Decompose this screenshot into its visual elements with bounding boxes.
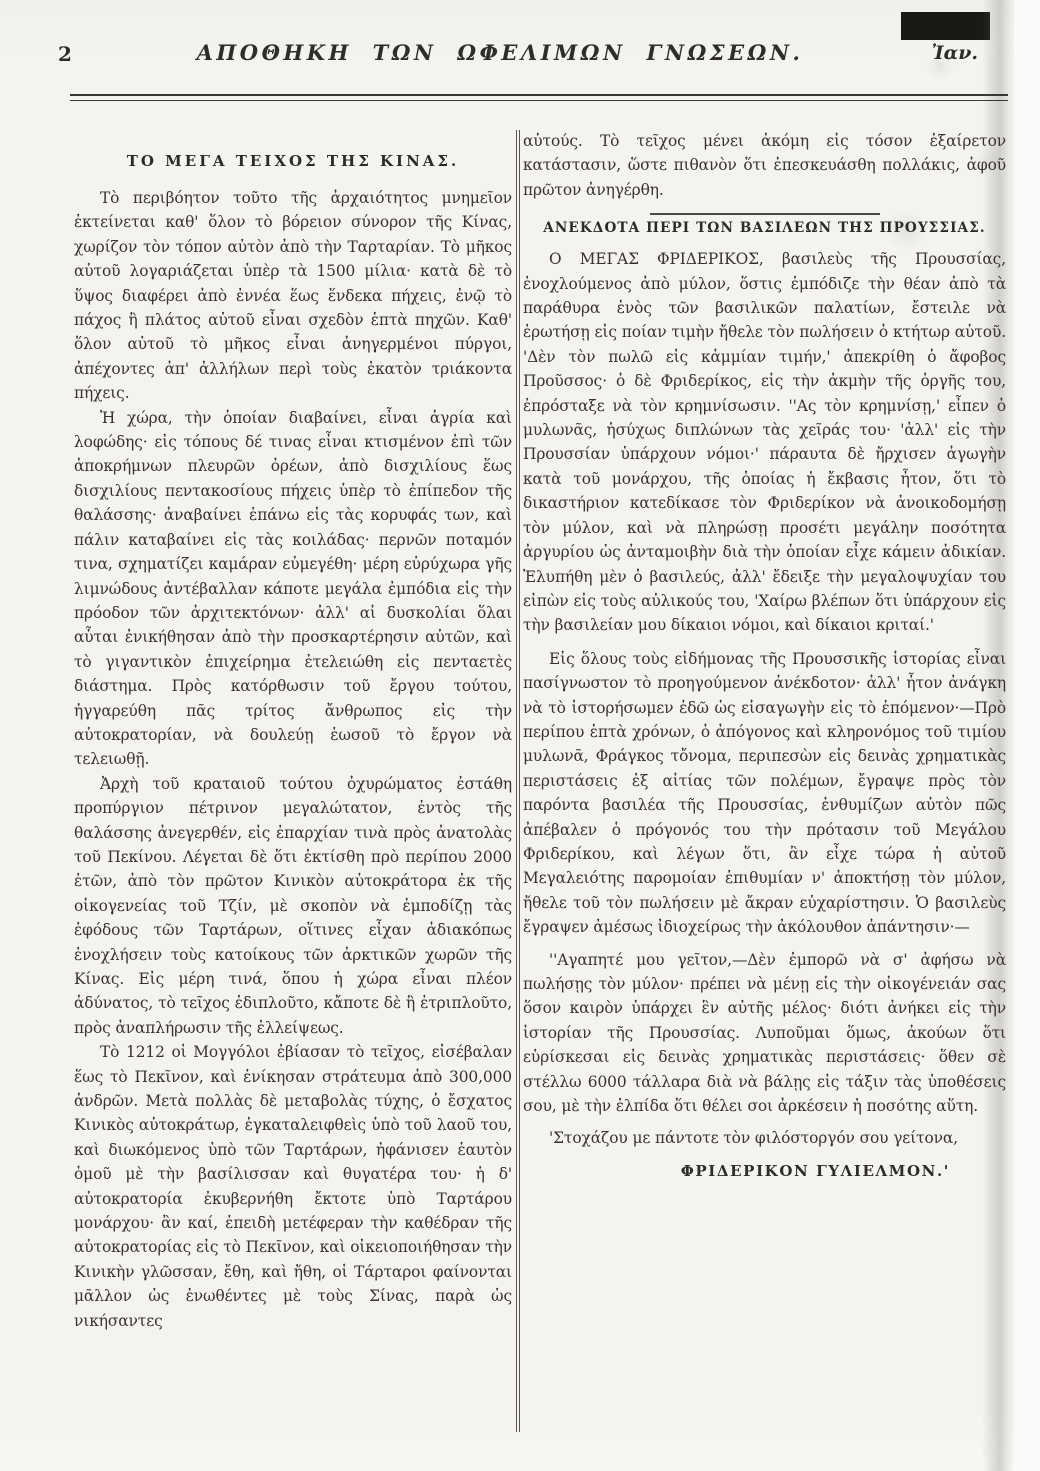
paragraph: 'Στοχάζου με πάντοτε τὸν φιλόστοργόν σου… [523, 1126, 1006, 1150]
page-number: 2 [58, 42, 72, 66]
left-column-paragraphs: Τὸ περιβόητον τοῦτο τῆς ἀρχαιότητος μνημ… [74, 186, 512, 1333]
paragraph: Ο ΜΕΓΑΣ ΦΡΙΔΕΡΙΚΟΣ, βασιλεὺς τῆς Προυσσί… [523, 247, 1006, 638]
paragraph: Τὸ 1212 οἱ Μογγόλοι ἐβίασαν τὸ τεῖχος, ε… [74, 1040, 512, 1333]
column-divider-rule [516, 130, 520, 1432]
section-divider-rule [650, 213, 880, 215]
article-title-anecdotes: ΑΝΕΚΔΟΤΑ ΠΕΡΙ ΤΩΝ ΒΑΣΙΛΕΩΝ ΤΗΣ ΠΡΟΥΣΣΙΑΣ… [523, 220, 1006, 236]
letter-paragraphs: ''Αγαπητέ μου γεῖτον,—Δὲν ἐμπορῶ νὰ σ' ἀ… [523, 948, 1006, 1151]
letter-signature: ΦΡΙΔΕΡΙΚΟΝ ΓΥΛΙΕΛΜΟΝ.' [523, 1162, 1006, 1180]
journal-title: ΑΠΟΘΗΚΗ ΤΩΝ ΩΦΕΛΙΜΩΝ ΓΝΩΣΕΩΝ. [120, 40, 880, 65]
paragraph: Τὸ περιβόητον τοῦτο τῆς ἀρχαιότητος μνημ… [74, 186, 512, 406]
header-double-rule [70, 94, 1008, 101]
paragraph: Εἰς ὅλους τοὺς εἰδήμονας τῆς Προυσσικῆς … [523, 647, 1006, 940]
text-columns: ΤΟ ΜΕΓΑ ΤΕΙΧΟΣ ΤΗΣ ΚΙΝΑΣ. Τὸ περιβόητον … [74, 126, 1006, 1448]
month-label: Ἰαν. [932, 42, 978, 64]
paragraph: Ἀρχὴ τοῦ κραταιοῦ τούτου ὀχυρώματος ἐστά… [74, 772, 512, 1040]
article-title-great-wall: ΤΟ ΜΕΓΑ ΤΕΙΧΟΣ ΤΗΣ ΚΙΝΑΣ. [74, 152, 512, 170]
left-column: ΤΟ ΜΕΓΑ ΤΕΙΧΟΣ ΤΗΣ ΚΙΝΑΣ. Τὸ περιβόητον … [74, 126, 512, 1448]
scan-black-mark [901, 12, 990, 40]
continuation-paragraph: αὐτούς. Τὸ τεῖχος μένει ἀκόμη εἰς τόσον … [523, 129, 1006, 202]
right-column-paragraphs: Ο ΜΕΓΑΣ ΦΡΙΔΕΡΙΚΟΣ, βασιλεὺς τῆς Προυσσί… [523, 247, 1006, 939]
paragraph: Ἡ χώρα, τὴν ὁποίαν διαβαίνει, εἶναι ἀγρί… [74, 406, 512, 772]
page-outer-margin [1014, 0, 1040, 1471]
scanned-journal-page: 2 ΑΠΟΘΗΚΗ ΤΩΝ ΩΦΕΛΙΜΩΝ ΓΝΩΣΕΩΝ. Ἰαν. ΤΟ … [0, 0, 1040, 1471]
right-column: αὐτούς. Τὸ τεῖχος μένει ἀκόμη εἰς τόσον … [523, 126, 1006, 1448]
paragraph: ''Αγαπητέ μου γεῖτον,—Δὲν ἐμπορῶ νὰ σ' ἀ… [523, 948, 1006, 1119]
